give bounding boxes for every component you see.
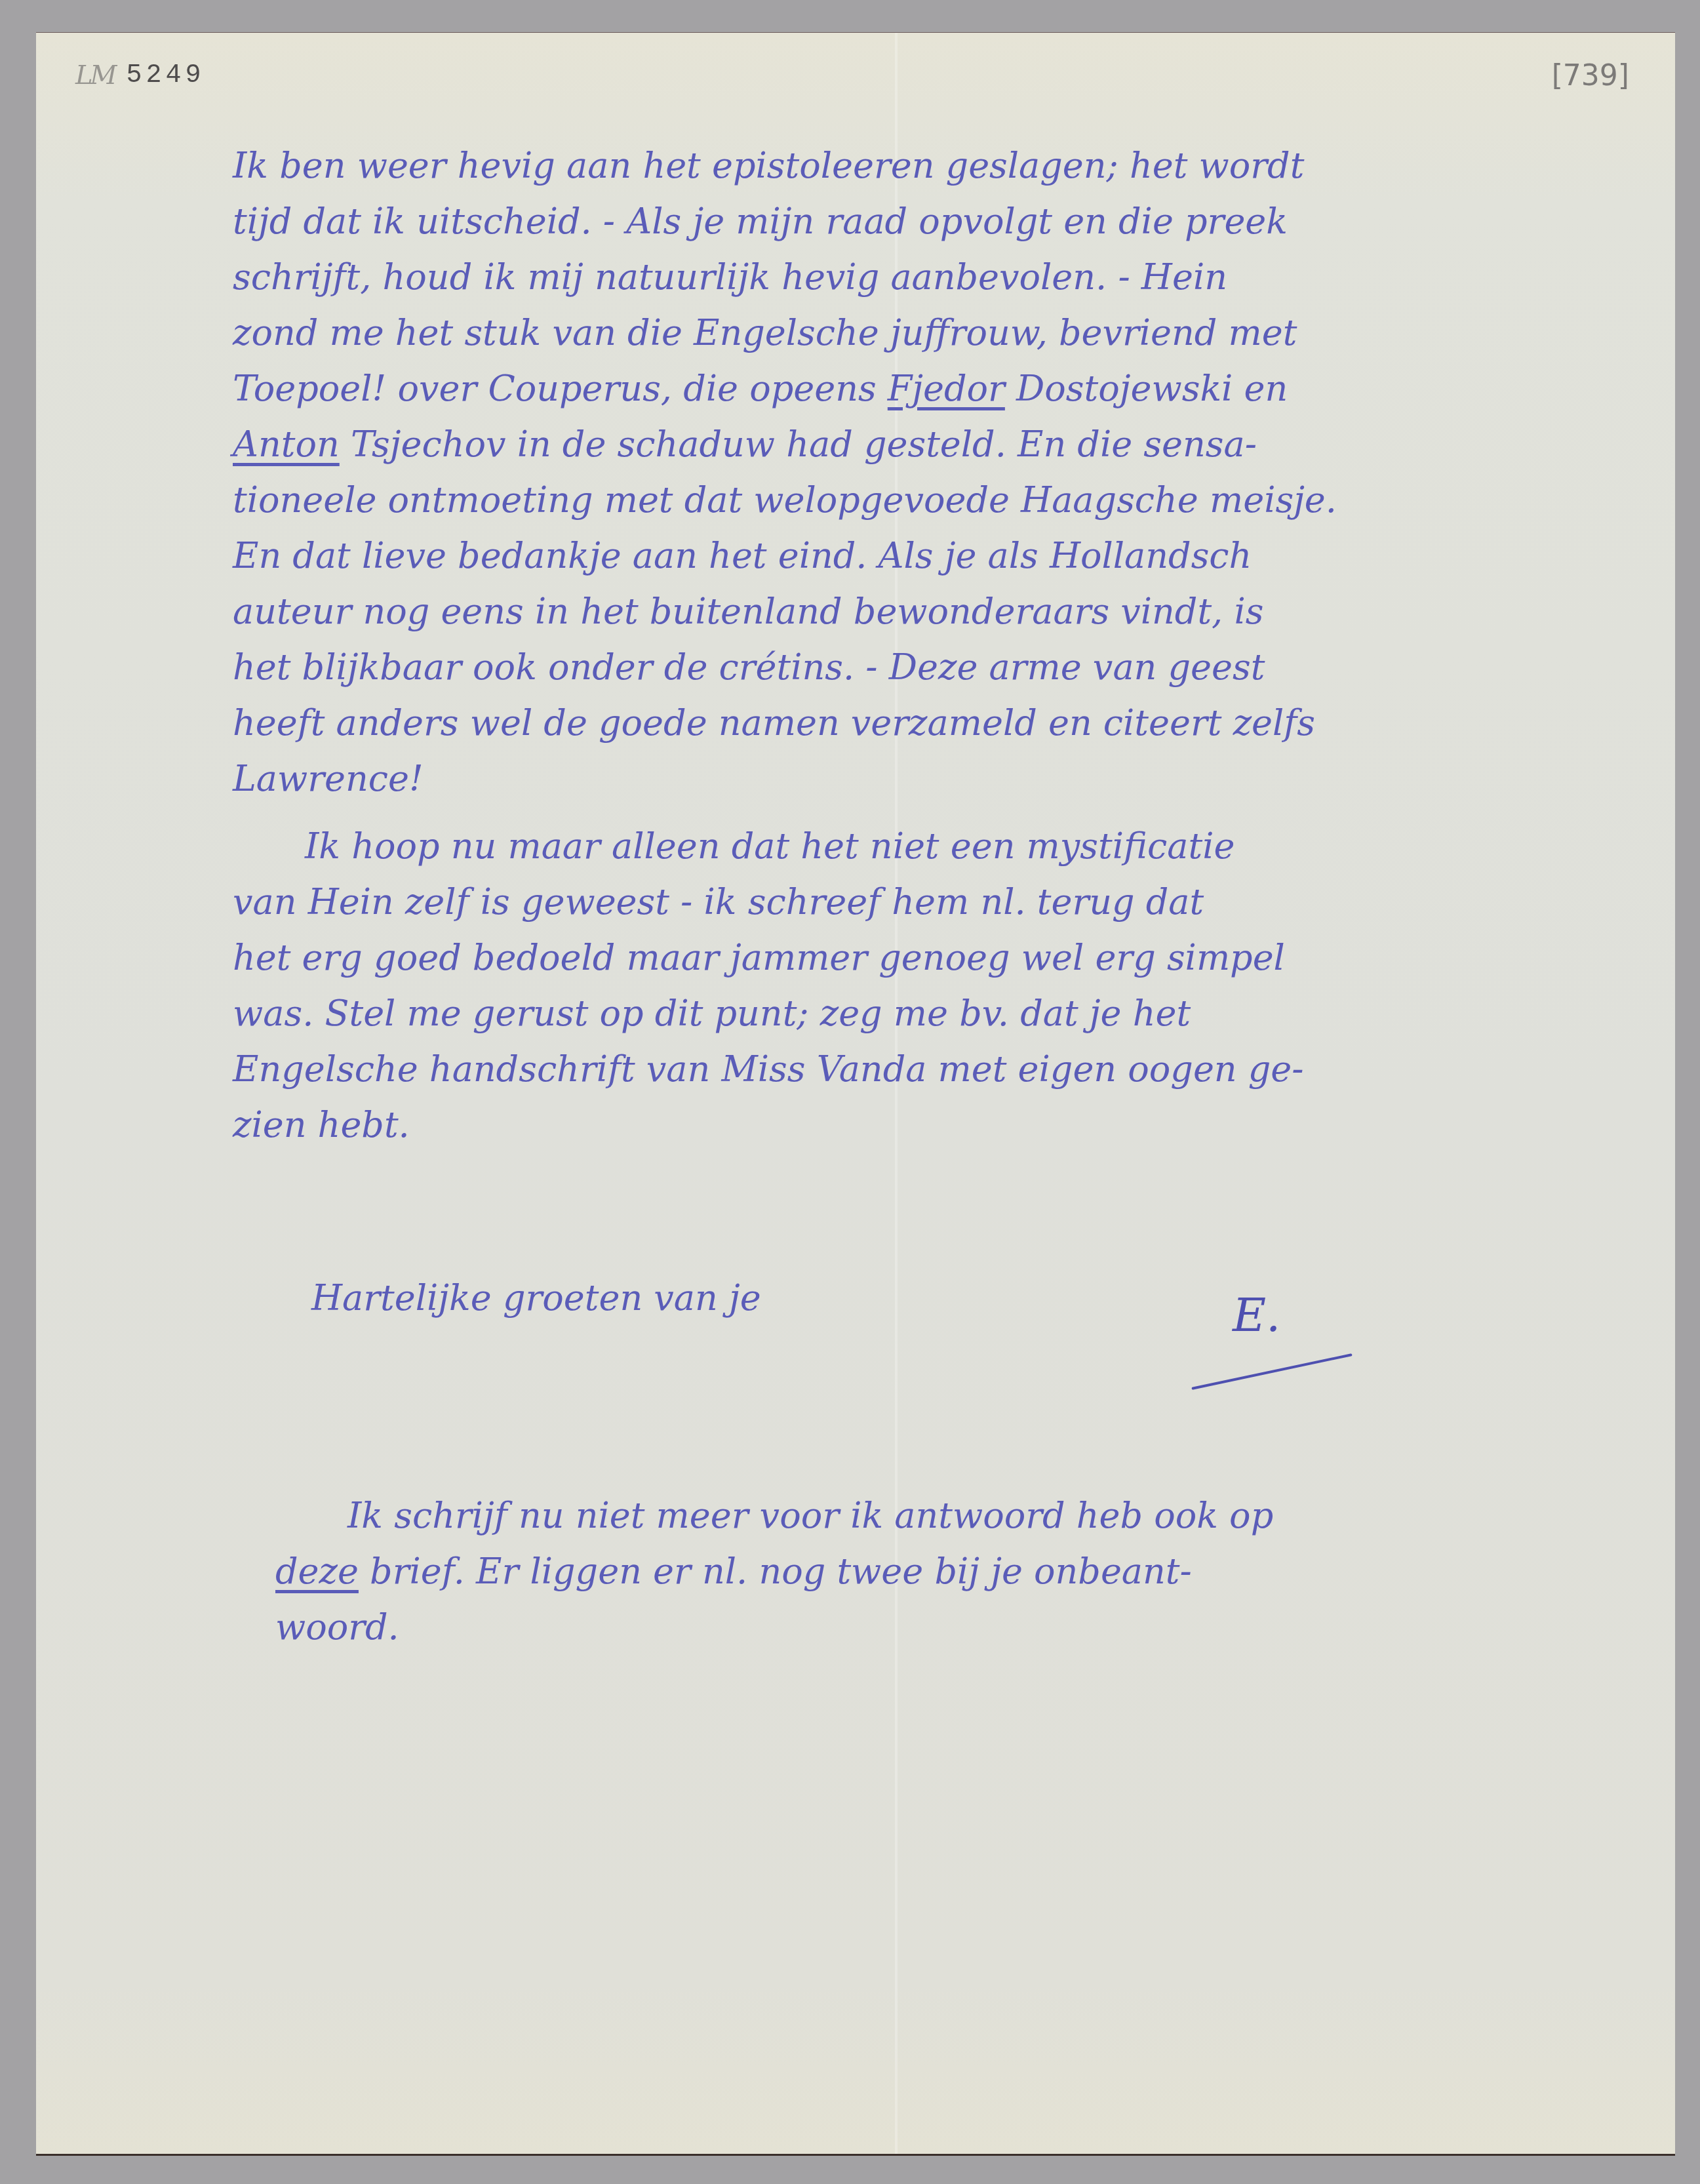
paragraph2-line: Engelsche handschrift van Miss Vanda met… [233, 1041, 1616, 1097]
paragraph2-line: het erg goed bedoeld maar jammer genoeg … [233, 930, 1616, 985]
letter-body: Ik ben weer hevig aan het epistoleeren g… [233, 138, 1616, 1153]
postscript-line: woord. [275, 1598, 1652, 1654]
body-line: auteur nog eens in het buitenland bewond… [233, 584, 1616, 639]
underlined-word-deze: deze [275, 1551, 359, 1592]
archive-monogram-icon: LM [75, 60, 115, 90]
body-line: schrijft, houd ik mij natuurlijk hevig a… [233, 249, 1616, 305]
paragraph2-line: was. Stel me gerust op dit punt; zeg me … [233, 985, 1616, 1041]
text-segment: Dostojewski en [1005, 368, 1288, 409]
text-segment: Tsjechov in de schaduw had gesteld. En d… [340, 424, 1257, 465]
body-line: heeft anders wel de goede namen verzamel… [233, 695, 1616, 751]
paragraph2-line: Ik hoop nu maar alleen dat het niet een … [233, 818, 1616, 874]
body-line: zond me het stuk van die Engelsche juffr… [233, 305, 1616, 361]
body-line: tioneele ontmoeting met dat welopgevoede… [233, 472, 1616, 528]
signature: E. [1233, 1288, 1280, 1342]
underlined-name-anton: Anton [233, 424, 340, 465]
archive-stamp: LM 5249 [75, 60, 205, 90]
paragraph2-line: van Hein zelf is geweest - ik schreef he… [233, 874, 1616, 930]
paragraph2-line: zien hebt. [233, 1097, 1616, 1153]
body-line: tijd dat ik uitscheid. - Als je mijn raa… [233, 193, 1616, 249]
body-line: En dat lieve bedankje aan het eind. Als … [233, 528, 1616, 584]
body-line-with-underline: Toepoel! over Couperus, die opeens Fjedo… [233, 361, 1616, 416]
pencil-reference-number: [739] [1552, 59, 1629, 92]
text-segment: brief. Er liggen er nl. nog twee bij je … [359, 1551, 1192, 1592]
body-line: Ik ben weer hevig aan het epistoleeren g… [233, 138, 1616, 193]
body-line: Lawrence! [233, 751, 1616, 806]
text-segment: Toepoel! over Couperus, die opeens [233, 368, 888, 409]
closing-salutation: Hartelijke groeten van je [311, 1277, 761, 1319]
body-line: het blijkbaar ook onder de crétins. - De… [233, 639, 1616, 695]
archive-number: 5249 [127, 61, 205, 90]
postscript: Ik schrijf nu niet meer voor ik antwoord… [275, 1487, 1652, 1654]
postscript-line: Ik schrijf nu niet meer voor ik antwoord… [275, 1487, 1652, 1543]
body-line-with-underline: Anton Tsjechov in de schaduw had gesteld… [233, 416, 1616, 472]
postscript-line-with-underline: deze brief. Er liggen er nl. nog twee bi… [275, 1543, 1652, 1598]
underlined-name-fjedor: Fjedor [888, 368, 1005, 409]
